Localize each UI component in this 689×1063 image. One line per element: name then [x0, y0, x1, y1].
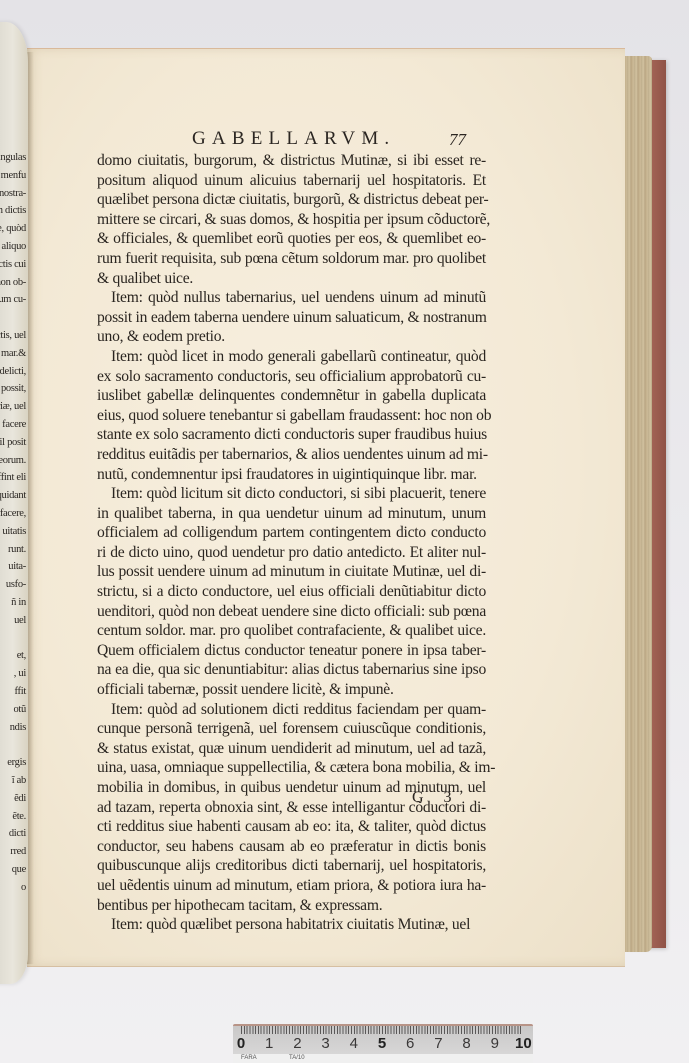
ruler-number: 6 — [402, 1035, 418, 1052]
verso-text-fragment: s possit, — [0, 381, 26, 398]
text-line: in qualibet taberna, in qua uendetur uin… — [97, 504, 486, 524]
verso-text-fragment: menfu — [0, 168, 26, 185]
text-line: Item: quòd ad solutionem dicti redditus … — [97, 700, 486, 720]
text-line: officiali tabernæ, possit uendere licitè… — [97, 680, 486, 700]
ruler-number: 4 — [346, 1035, 362, 1052]
verso-text-fragment: delicti, — [0, 364, 26, 381]
verso-text-fragment: um cu- — [0, 292, 26, 309]
verso-text-fragment: rred — [0, 844, 26, 861]
text-line: mittere se circari, & suas domos, & hosp… — [97, 210, 486, 230]
ruler-number: 5 — [374, 1035, 390, 1052]
verso-text-fragment: ingulas — [0, 150, 26, 167]
text-line: nutũ, condemnentur ipsi fraudatores in u… — [97, 465, 486, 485]
verso-text-fragment: et, — [0, 648, 26, 665]
page-number: 77 — [449, 130, 466, 150]
verso-text-fragment: hil posit — [0, 435, 26, 452]
verso-text-fragment: quidant — [0, 488, 26, 505]
verso-text-fragment: uita- — [0, 559, 26, 576]
verso-text-fragment: , ui — [0, 666, 26, 683]
verso-text-fragment: ẽdi — [0, 791, 26, 808]
text-line: & qualibet uice. — [97, 269, 486, 289]
text-line: ex solo sacramento conductoris, seu offi… — [97, 367, 486, 387]
verso-text-fragment: ñ in — [0, 595, 26, 612]
verso-page-fragment: ingulasmenfunostra-im dictissfe, quòdel … — [0, 22, 28, 984]
text-line: bentibus per hipothecam tacitam, & expre… — [97, 896, 486, 916]
page-header: GABELLARVM. 77 — [192, 128, 492, 152]
text-line: rum fuerit requisita, sub pœna cẽtum sol… — [97, 249, 486, 269]
ruler-number: 3 — [318, 1035, 334, 1052]
text-line: Item: quòd nullus tabernarius, uel uende… — [97, 288, 486, 308]
verso-text-fragment: dicti — [0, 826, 26, 843]
verso-text-fragment: usfo- — [0, 577, 26, 594]
text-line: & status existat, quæ uinum uendiderit a… — [97, 739, 486, 759]
text-line: ri de dicto uino, quod uendetur pro dati… — [97, 543, 486, 563]
verso-text-fragment: ndis — [0, 720, 26, 737]
text-line: uenditori, quòd non debeat uendere sine … — [97, 602, 486, 622]
verso-text-fragment: mar.& — [0, 346, 26, 363]
text-line: stante ex solo sacramento dicti conducto… — [97, 425, 486, 445]
verso-text-fragment: facere, — [0, 506, 26, 523]
text-line: positum aliquod uinum alicuius tabernari… — [97, 171, 486, 191]
ruler-number: 8 — [459, 1035, 475, 1052]
verso-text-fragment: im dictis — [0, 203, 26, 220]
verso-text-fragment: ffint eli — [0, 470, 26, 487]
ruler-code: TA/10 — [289, 1054, 305, 1063]
ruler-ticks — [241, 1026, 523, 1034]
verso-text-fragment: ẽte. — [0, 809, 26, 826]
text-line: iuslibet gabellæ delinquentes condemnẽtu… — [97, 386, 486, 406]
text-line: cti redditus siue habenti causam ab eo: … — [97, 817, 486, 837]
text-line: cunque personã terrigenã, uel forensem c… — [97, 719, 486, 739]
text-line: quælibet persona dictæ ciuitatis, burgor… — [97, 190, 486, 210]
text-line: strictu, si a dicto conductore, uel eius… — [97, 582, 486, 602]
ruler-number: 0 — [233, 1035, 249, 1052]
verso-text-fragment: uel — [0, 613, 26, 630]
text-line: redditus euitãdis per tabernarios, & ali… — [97, 445, 486, 465]
body-text: domo ciuitatis, burgorum, & districtus M… — [97, 151, 486, 935]
ruler-brand: FARA — [241, 1054, 257, 1063]
text-line: possit in eadem taberna uendere uinum sa… — [97, 308, 486, 328]
text-line: lus possit uendere uinum ad minutum in c… — [97, 562, 486, 582]
verso-text-fragment: nostra- — [0, 186, 26, 203]
verso-text-fragment: eorum. — [0, 453, 26, 470]
text-line: & officiales, & quemlibet eorũ quoties p… — [97, 229, 486, 249]
verso-text-fragment: s non ob- — [0, 275, 26, 292]
verso-text-fragment: ffit — [0, 684, 26, 701]
ruler-label-strip: FARA TA/10 — [233, 1054, 533, 1063]
text-line: Item: quòd licet in modo generali gabell… — [97, 347, 486, 367]
text-line: domo ciuitatis, burgorum, & districtus M… — [97, 151, 486, 171]
text-line: na ea die, qua sic denuntiabitur: alias … — [97, 660, 486, 680]
verso-text-fragment: ariæ, uel — [0, 399, 26, 416]
running-head: GABELLARVM. — [192, 128, 395, 150]
text-line: conductor, seu habens causam ab eo præfe… — [97, 837, 486, 857]
text-line: Item: quòd quælibet persona habitatrix c… — [97, 915, 486, 935]
verso-text-fragment: ĩ ab — [0, 773, 26, 790]
signature-mark: G 3 — [412, 789, 460, 807]
scale-ruler: 012345678910 — [233, 1024, 533, 1056]
verso-text-fragment: uitatis — [0, 524, 26, 541]
text-line: officialem ad colligendum partem conting… — [97, 523, 486, 543]
text-line: quibuscunque alijs creditoribus dicti ta… — [97, 856, 486, 876]
verso-text-fragment: otũ — [0, 702, 26, 719]
ruler-number: 1 — [261, 1035, 277, 1052]
ruler-number: 2 — [289, 1035, 305, 1052]
verso-text-fragment: o — [0, 880, 26, 897]
verso-text-fragment: runt. — [0, 542, 26, 559]
text-line: Quem officialem dictus conductor teneatu… — [97, 641, 486, 661]
verso-text-fragment: dictis, uel — [0, 328, 26, 345]
ruler-number: 9 — [487, 1035, 503, 1052]
text-line: centum soldor. mar. pro quolibet contraf… — [97, 621, 486, 641]
verso-text-fragment: dictis cui — [0, 257, 26, 274]
ruler-number: 10 — [515, 1035, 531, 1052]
verso-text-fragment: el aliquo — [0, 239, 26, 256]
verso-text-fragment: sfe, quòd — [0, 221, 26, 238]
text-line: uina, uasa, omniaque suppellectilia, & c… — [97, 758, 486, 778]
verso-text-fragment: que — [0, 862, 26, 879]
text-line: uno, & eodem pretio. — [97, 327, 486, 347]
text-line: eius, quod soluere tenebantur si gabella… — [97, 406, 486, 426]
text-line: Item: quòd licitum sit dicto conductori,… — [97, 484, 486, 504]
verso-text-fragment: & facere — [0, 417, 26, 434]
text-line: uel uẽdentis uinum ad minutum, etiam pri… — [97, 876, 486, 896]
verso-text-fragment: ergis — [0, 755, 26, 772]
ruler-number: 7 — [430, 1035, 446, 1052]
